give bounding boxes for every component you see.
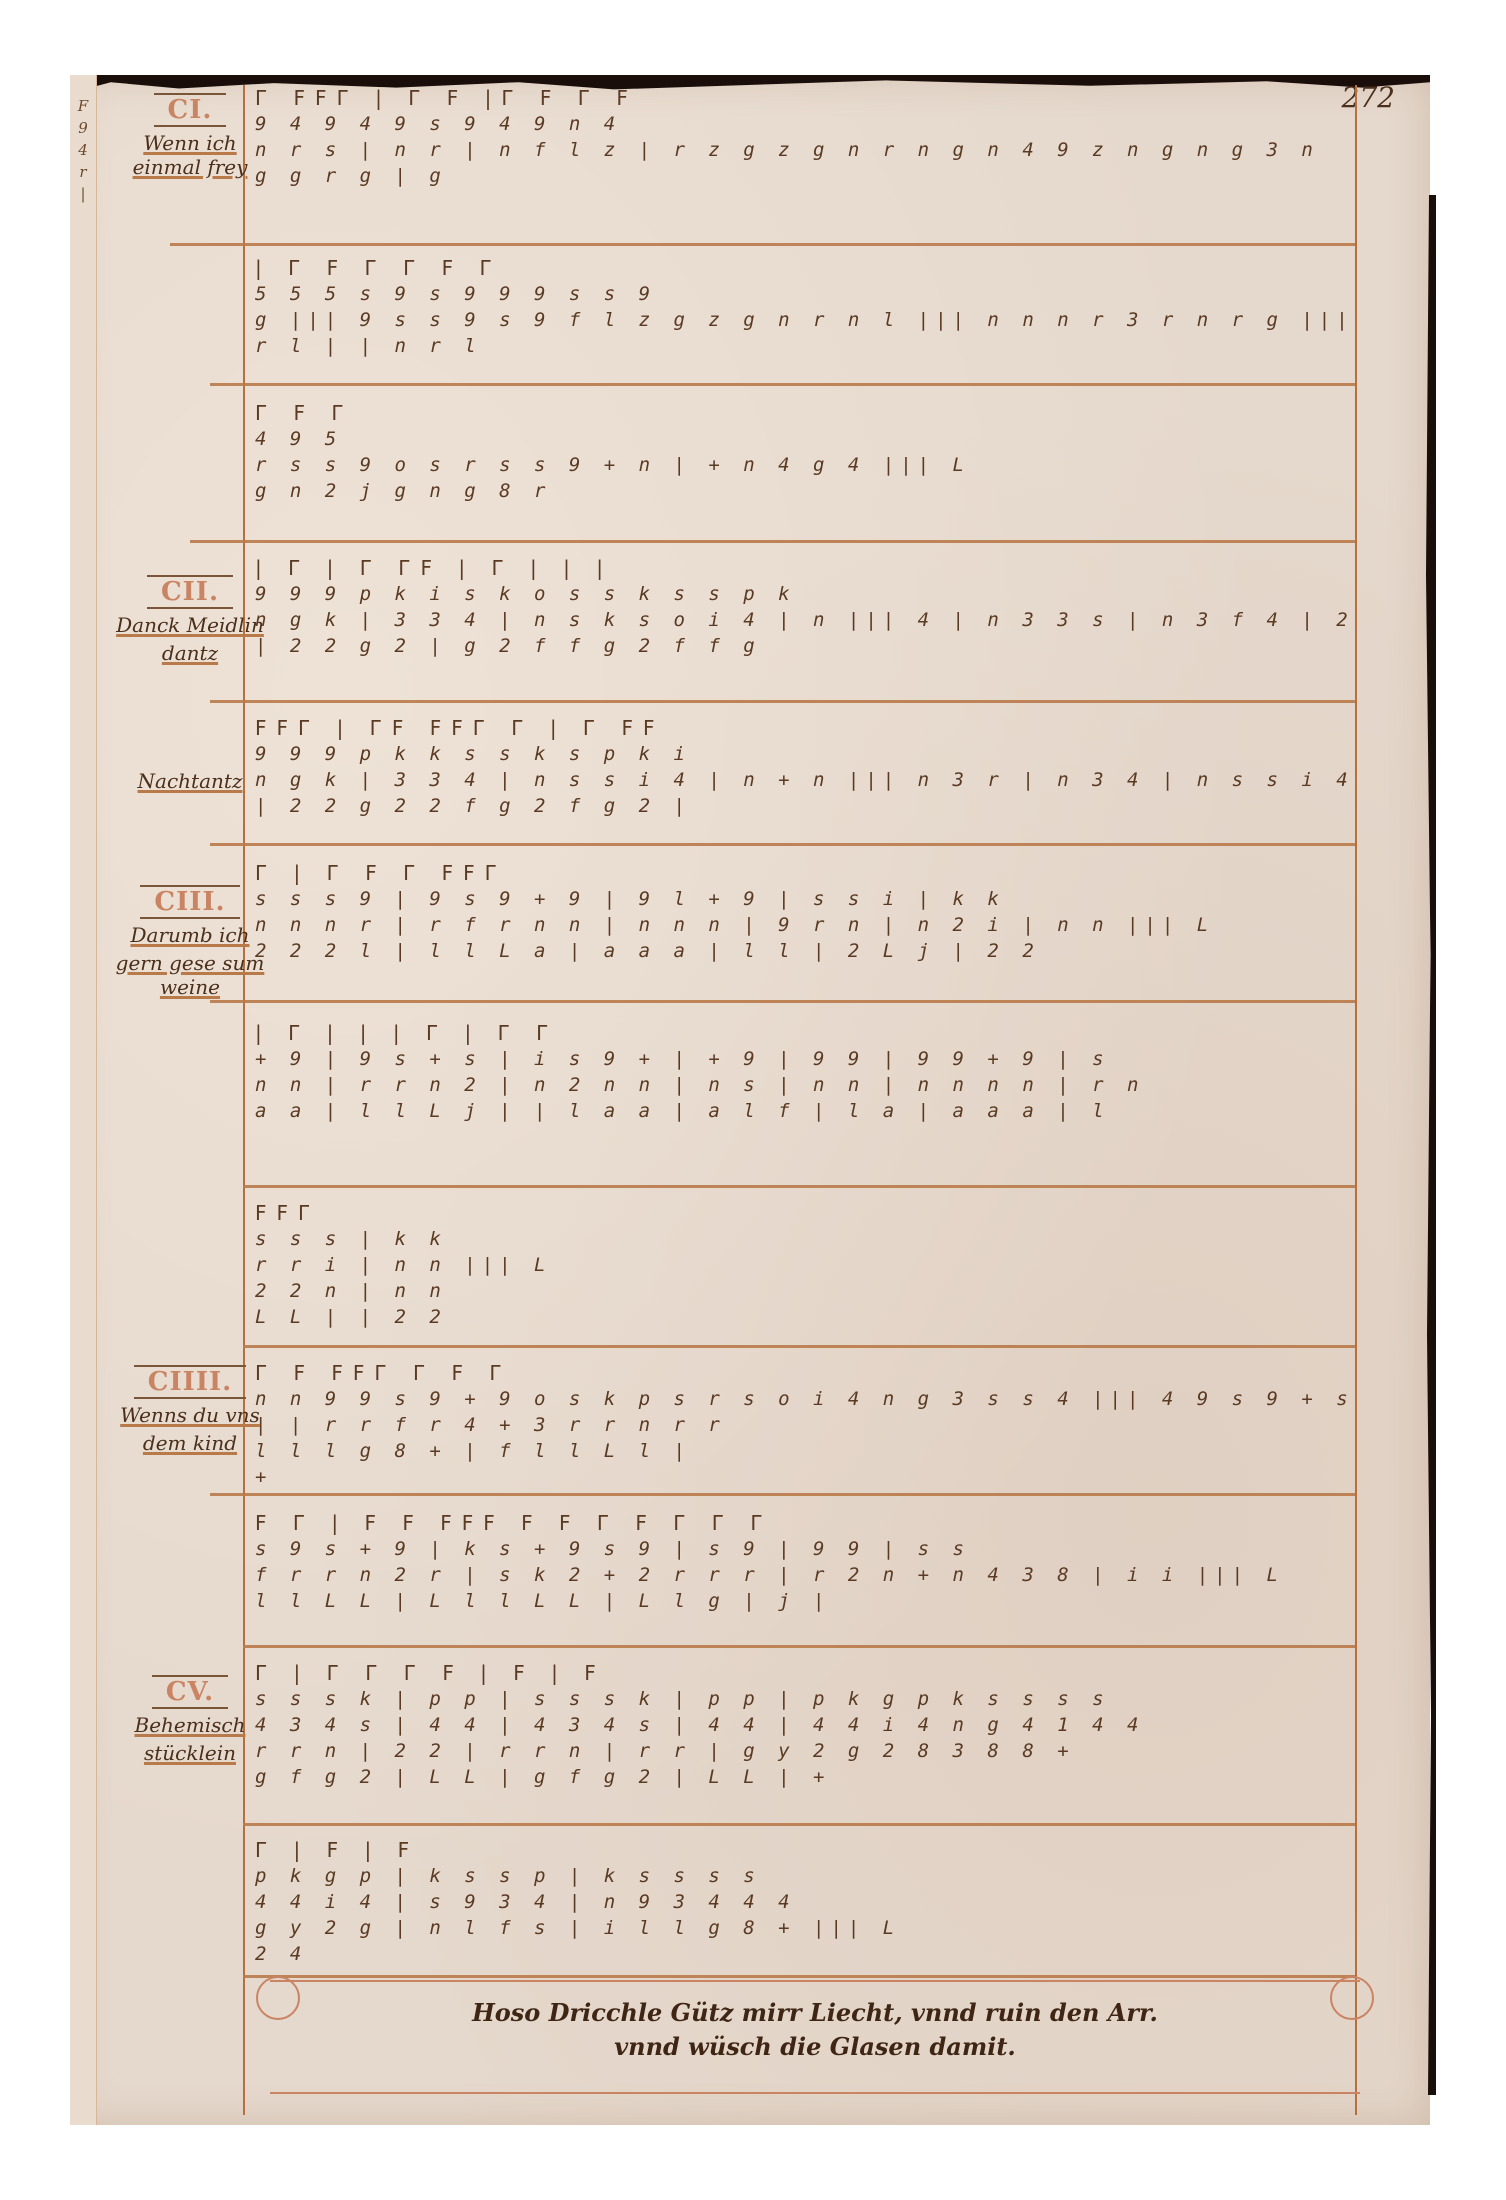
tablature-row: Г FFГ | Г F |Г F Г F 9 4 9 4 9 s 9 4 9 n… (255, 85, 1360, 189)
row-rule (210, 383, 1355, 386)
section-label-nachtanz: Nachtantz (110, 765, 270, 793)
section-title-line2: dantz (110, 641, 270, 665)
row-rule (210, 843, 1355, 846)
tablature-row: Г | Г F Г FFГ s s s 9 | 9 s 9 + 9 | 9 l … (255, 860, 1360, 964)
row-rule (243, 1823, 1355, 1826)
scroll-curl-left-icon (256, 1976, 300, 2020)
section-label-ciii: CIII. Darumb ich gern gese sum weine (110, 885, 270, 999)
tablature-row: Г | F | F p k g p | k s s p | k s s s s … (255, 1837, 1360, 1967)
tablature-row: Г | Г Г Г F | F | F s s s k | p p | s s … (255, 1660, 1360, 1790)
section-title: Wenn ich einmal frey (110, 131, 270, 179)
section-title: Wenns du vns (110, 1403, 270, 1427)
section-number: CIII. (140, 885, 239, 919)
section-title: Darumb ich (110, 923, 270, 947)
section-title-line2: stücklein (110, 1741, 270, 1765)
section-number: CIIII. (134, 1365, 246, 1399)
section-subtitle: Nachtantz (110, 769, 270, 793)
manuscript-page: F 9 4 r | 272 CI. Wenn ich einmal frey Г… (70, 75, 1430, 2125)
section-number: CV. (152, 1675, 228, 1709)
tablature-row: | Г F Г Г F Г 5 5 5 s 9 s 9 9 9 s s 9 g … (255, 255, 1360, 359)
row-rule (210, 700, 1355, 703)
left-vertical-rule (243, 85, 245, 2115)
section-label-ciiii: CIIII. Wenns du vns dem kind (110, 1365, 270, 1455)
tablature-row: Г F FFГ Г F Г n n 9 9 s 9 + 9 o s k p s … (255, 1360, 1360, 1490)
row-rule (190, 540, 1355, 543)
tablature-row: FFГ s s s | k k r r i | n n ||| L 2 2 n … (255, 1200, 1360, 1330)
section-title-line2: gern gese sum weine (110, 951, 270, 999)
section-title: Behemisch (110, 1713, 270, 1737)
section-title-line2: dem kind (110, 1431, 270, 1455)
footer-inscription-line2: vnnd wüsch die Glasen damit. (270, 2030, 1360, 2064)
left-margin-strip: F 9 4 r | (70, 75, 97, 2125)
tablature-row: | Г | | | Г | Г Г + 9 | 9 s + s | i s 9 … (255, 1020, 1360, 1124)
section-label-cii: CII. Danck Meidlin dantz (110, 575, 270, 665)
section-number: CI. (154, 93, 227, 127)
row-rule (243, 1185, 1355, 1188)
section-title: Danck Meidlin (110, 613, 270, 637)
section-label-ci: CI. Wenn ich einmal frey (110, 93, 270, 179)
section-label-cv: CV. Behemisch stücklein (110, 1675, 270, 1765)
row-rule (170, 243, 1355, 246)
section-number: CII. (147, 575, 233, 609)
row-rule (243, 1345, 1355, 1348)
row-rule (210, 1493, 1355, 1496)
margin-notes: F 9 4 r | (76, 95, 90, 205)
footer-inscription-line1: Hoso Dricchle Gütz mirr Liecht, vnnd rui… (270, 1982, 1360, 2030)
scroll-curl-right-icon (1330, 1976, 1374, 2020)
footer-scroll-banner: Hoso Dricchle Gütz mirr Liecht, vnnd rui… (270, 1980, 1360, 2094)
tablature-row: Г F Г 4 9 5 r s s 9 o s r s s 9 + n | + … (255, 400, 1360, 504)
row-rule (210, 1000, 1355, 1003)
burnt-right-edge (1426, 195, 1436, 2095)
tablature-row: F Г | F F FFF F F Г F Г Г Г s 9 s + 9 | … (255, 1510, 1360, 1614)
row-rule (243, 1645, 1355, 1648)
tablature-row: FFГ | ГF FFГ Г | Г FF 9 9 9 p k k s s k … (255, 715, 1360, 819)
tablature-row: | Г | Г ГF | Г | | | 9 9 9 p k i s k o s… (255, 555, 1360, 659)
row-rule (243, 1975, 1355, 1978)
